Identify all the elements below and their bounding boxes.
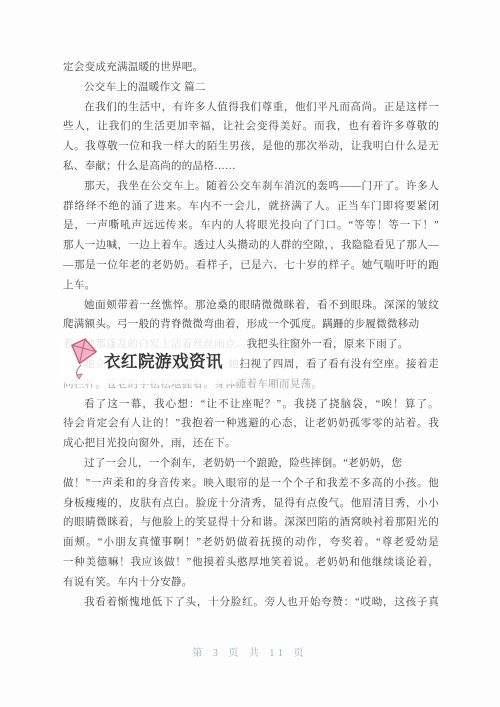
text-line: 公交车上的温暖作文 篇二: [63, 78, 439, 98]
document-page: 定会变成充满温暖的世界吧。公交车上的温暖作文 篇二在我们的生活中，有许多人值得我…: [0, 0, 500, 707]
kite-icon: [66, 337, 102, 379]
text-line: 在我们的生活中，有许多人值得我们尊重，他们平凡而高尚。正是这样一: [63, 98, 439, 118]
text-line: 身板瘦瘦的，皮肤有点白。脸庞十分清秀，显得有点俊气。他眉清目秀，小小: [63, 494, 439, 514]
watermark-text: 衣红院游戏资讯: [104, 348, 223, 372]
text-line: 面颊。“小朋友真懂事啊！”老奶奶做着抚摸的动作，夸奖着。“尊老爱幼是: [63, 533, 439, 553]
text-line: 的眼睛微眯着，与他脸上的笑显得十分和谐。深深凹陷的酒窝映衬着那阳光的: [63, 513, 439, 533]
text-line: 一种美德嘛！我应该做！”他摸着头憨厚地笑着说。老奶奶和他继续谈论着，: [63, 553, 439, 573]
text-line: 她面颊带着一丝憔悴。那沧桑的眼睛微微眯着，看不到眼珠。深深的皱纹: [63, 296, 439, 316]
text-line: 爬满额头。弓一般的背脊微微弯曲着，形成一个弧度。蹒跚的步履微微移动: [63, 315, 439, 335]
text-line: 成心把目光投向窗外，雨，还在下。: [63, 434, 439, 454]
text-line: 私、奉献；什么是高尚的的品格……: [63, 157, 439, 177]
text-line: 上车。: [63, 276, 439, 296]
text-line: 定会变成充满温暖的世界吧。: [63, 58, 439, 78]
text-line: 待会肯定会有人让的！”我抱着一种逃避的心态，让老奶奶孤零零的站着。我: [63, 414, 439, 434]
text-line: 人。我尊敬一位和我一样大的陌生男孩，是他的那次举动，让我明白什么是无: [63, 137, 439, 157]
text-line: 过了一会儿，一个刹车，老奶奶一个踉跄，险些摔倒。“老奶奶，您: [63, 454, 439, 474]
text-line: 些人，让我们的生活更加幸福，让社会变得美好。而我，也有着许多尊敬的: [63, 117, 439, 137]
text-line: 做！”一声柔和的身音传来。映入眼帘的是一个个子和我差不多高的小孩。他: [63, 474, 439, 494]
text-line: 有说有笑。车内十分安静。: [63, 573, 439, 593]
page-number: 第 3 页 共 11 页: [0, 644, 500, 659]
watermark: 衣红院游戏资讯: [60, 336, 240, 384]
text-line: 看了这一幕，我心想：“让不让座呢？”。我挠了挠脑袋，“唉！算了。: [63, 395, 439, 415]
text-line: 我看着惭愧地低下了头，十分脸红。旁人也开始夸赞：“哎呦，这孩子真: [63, 593, 439, 613]
text-line: 那天，我坐在公交车上。随着公交车刹车消沉的轰鸣——门开了。许多人: [63, 177, 439, 197]
text-line: 是，一声嘶吼声远远传来。车内的人将眼光投向了门口。“等等！等一下！”: [63, 216, 439, 236]
text-line: —那是一位年老的老奶奶。看样子，已是六、七十岁的样子。她气喘吁吁的跑: [63, 256, 439, 276]
text-line: 那人一边喊，一边上着车。透过人头攒动的人群的空隙，，我隐隐看见了那人—: [63, 236, 439, 256]
text-line: 群络绎不绝的涌了进来。车内不一会儿，就挤满了人。正当车门即将要紧闭: [63, 197, 439, 217]
